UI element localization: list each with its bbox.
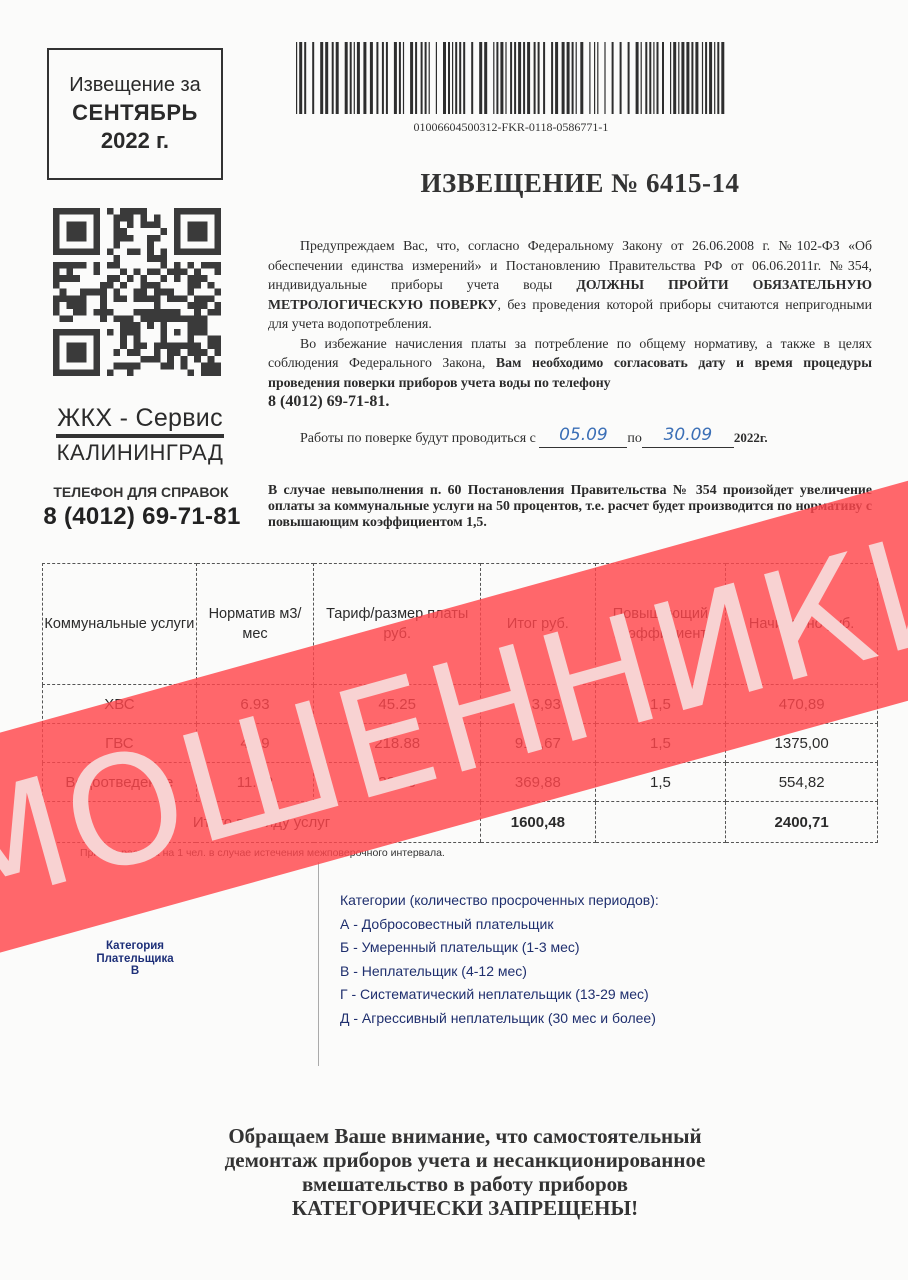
header-cell: Коммунальные услуги: [43, 564, 197, 685]
phone-number: 8 (4012) 69-71-81: [42, 503, 242, 531]
list-item: Д - Агрессивный неплательщик (30 мес и б…: [340, 1007, 659, 1031]
total-empty: [595, 802, 726, 843]
total-charged: 2400,71: [726, 802, 878, 843]
date-from: 05.09: [539, 425, 627, 445]
notice-text: Предупреждаем Вас, что, согласно Федерал…: [268, 236, 872, 412]
categories-divider: [318, 862, 319, 1066]
categories-list: Категории (количество просроченных перио…: [340, 889, 659, 1030]
date-from-field: 05.09: [539, 431, 627, 448]
payer-category-value: В: [70, 965, 200, 978]
tampering-warning: Обращаем Ваше внимание, что самостоятель…: [120, 1124, 810, 1220]
dates-mid: по: [627, 431, 642, 446]
payer-category-stamp: Категория Плательщика В: [70, 940, 200, 978]
month-box-caption: Извещение за: [69, 73, 201, 99]
company-name: ЖКХ - Сервис: [50, 404, 230, 433]
company-logo: ЖКХ - Сервис КАЛИНИНГРАД: [50, 404, 230, 466]
logo-divider: [56, 434, 224, 438]
notice-paragraph-1: Предупреждаем Вас, что, согласно Федерал…: [268, 236, 872, 334]
page-title: ИЗВЕЩЕНИЕ № 6415-14: [260, 168, 900, 199]
barcode-number: 01006604500312-FKR-0118-0586771-1: [296, 120, 726, 135]
company-city: КАЛИНИНГРАД: [50, 440, 230, 466]
verification-dates: Работы по поверке будут проводиться с 05…: [300, 430, 860, 448]
date-to: 30.09: [642, 425, 734, 445]
barcode-icon: [296, 42, 726, 114]
phone-label: ТЕЛЕФОН ДЛЯ СПРАВОК: [46, 484, 236, 500]
list-item: Б - Умеренный плательщик (1-3 мес): [340, 936, 659, 960]
notice-phone: 8 (4012) 69-71-81.: [268, 393, 389, 410]
notice-paragraph-2: Во избежание начисления платы за потребл…: [268, 334, 872, 412]
list-item: Г - Систематический неплательщик (13-29 …: [340, 983, 659, 1007]
list-item: В - Неплательщик (4-12 мес): [340, 960, 659, 984]
categories-heading: Категории (количество просроченных перио…: [340, 889, 659, 913]
list-item: А - Добросовестный плательщик: [340, 913, 659, 937]
month-box: Извещение за СЕНТЯБРЬ 2022 г.: [47, 48, 223, 180]
date-to-field: 30.09: [642, 431, 734, 448]
dates-year: 2022г.: [734, 430, 768, 445]
dates-prefix: Работы по поверке будут проводиться с: [300, 431, 536, 446]
qr-code-icon: [53, 208, 221, 376]
month-box-year: 2022 г.: [101, 127, 169, 155]
month-box-month: СЕНТЯБРЬ: [72, 99, 198, 127]
